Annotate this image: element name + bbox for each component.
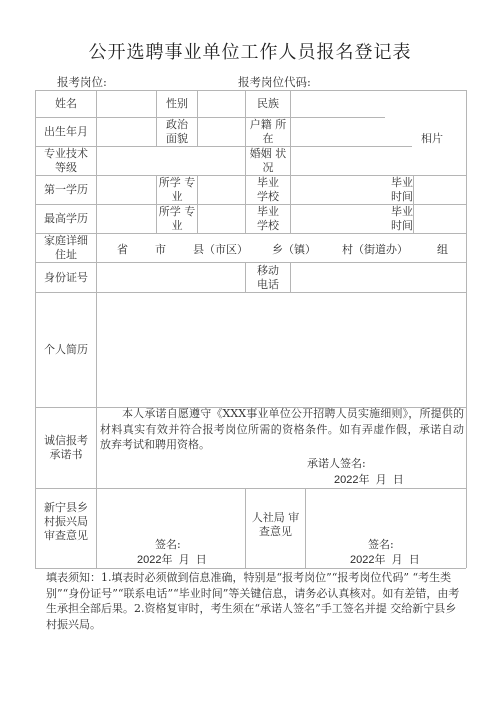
ethnicity-label: 民族 [246,91,290,117]
page-title: 公开选聘事业单位工作人员报名登记表 [0,38,500,64]
first-grad-time-field[interactable] [414,176,466,204]
address-village: 村（街道办） [342,241,408,257]
political-label: 政治 面貌 [157,118,197,146]
pledge-sign-label: 承诺人签名: [307,455,366,471]
school-label-line2: 学校 [257,190,279,204]
highest-major-field[interactable] [198,205,245,233]
review1-label-line3: 审查意见 [44,529,88,543]
highest-grad-time-label: 毕业 时间 [371,205,413,233]
mobile-label-line1: 移动 [257,264,279,278]
review2-label-line1: 人社局 审 [252,511,300,525]
address-label-line2: 住址 [55,248,77,262]
tech-level-field[interactable] [97,147,245,175]
name-label: 姓名 [36,91,96,117]
address-province: 省 [117,241,128,257]
marital-field[interactable] [291,147,466,175]
review1-label: 新宁县乡 村振兴局 审查意见 [36,489,96,555]
tech-label-line2: 等级 [55,161,77,175]
tech-label-line1: 专业技术 [44,147,88,161]
address-county: 县（市区） [193,241,248,257]
highest-edu-label: 最高学历 [36,205,96,233]
major-label-line1: 所学 专 [159,205,196,219]
name-field[interactable] [97,91,156,117]
school-label-line2: 学校 [257,219,279,233]
grad-time-label-line2: 时间 [391,190,413,204]
political-label-line1: 政治 [166,118,188,132]
hukou-label: 户籍 所 在 [246,118,290,146]
position-label: 报考岗位: [57,74,107,90]
hukou-field[interactable] [291,118,412,146]
grad-time-label-line1: 毕业 [391,205,413,219]
birth-field[interactable] [97,118,156,146]
mobile-label-line2: 电话 [257,278,279,292]
gender-field[interactable] [198,91,245,117]
major-label-line2: 业 [172,190,183,204]
table-border-bottom [35,568,466,569]
pledge-label: 诚信报考 承诺书 [36,408,96,488]
address-township: 乡（镇） [272,241,316,257]
mobile-field[interactable] [291,263,466,292]
review2-date: 2022年 月 日 [350,551,420,567]
first-grad-time-label: 毕业 时间 [371,176,413,204]
first-edu-field[interactable] [97,176,156,204]
table-border-right [466,90,467,568]
pledge-text: 本人承诺自愿遵守《XXX事业单位公开招聘人员实施细则》，所提供的材料真实有效并符… [100,406,464,453]
address-field[interactable]: 省 市 县（市区） 乡（镇） 村（街道办） 组 [97,234,466,262]
first-school-label: 毕业 学校 [246,176,290,204]
review2-label: 人社局 审 查意见 [246,505,305,545]
review1-sign-label: 签名: [155,536,181,552]
review1-date: 2022年 月 日 [137,551,207,567]
birth-label: 出生年月 [36,118,96,146]
pledge-date: 2022年 月 日 [334,471,404,487]
hukou-label-line1: 户籍 所 [250,118,287,132]
highest-school-field[interactable] [291,205,371,233]
grad-time-label-line2: 时间 [391,219,413,233]
position-code-label: 报考岗位代码: [238,74,311,90]
highest-school-label: 毕业 学校 [246,205,290,233]
id-label: 身份证号 [36,263,96,292]
resume-field[interactable] [97,293,466,407]
school-label-line1: 毕业 [257,205,279,219]
first-major-field[interactable] [198,176,245,204]
first-edu-label: 第一学历 [36,176,96,204]
marital-label-line2: 况 [263,161,274,175]
political-label-line2: 面貌 [166,132,188,146]
ethnicity-field[interactable] [291,91,385,117]
address-label-line1: 家庭详细 [44,234,88,248]
address-label: 家庭详细 住址 [36,234,96,262]
marital-label-line1: 婚姻 状 [250,147,287,161]
grad-time-label-line1: 毕业 [391,176,413,190]
pledge-label-line2: 承诺书 [50,448,83,462]
marital-label: 婚姻 状 况 [246,147,290,175]
political-field[interactable] [198,118,245,146]
highest-edu-field[interactable] [97,205,156,233]
review1-label-line1: 新宁县乡 [44,501,88,515]
id-field[interactable] [97,263,245,292]
highest-grad-time-field[interactable] [414,205,466,233]
resume-label: 个人简历 [36,293,96,407]
pledge-label-line1: 诚信报考 [44,434,88,448]
address-group: 组 [437,241,448,257]
review1-label-line2: 村振兴局 [44,515,88,529]
highest-major-label: 所学 专 业 [157,205,197,233]
tech-level-label: 专业技术 等级 [36,147,96,175]
first-school-field[interactable] [291,176,371,204]
first-major-label: 所学 专 业 [157,176,197,204]
major-label-line2: 业 [172,219,183,233]
address-city: 市 [155,241,166,257]
school-label-line1: 毕业 [257,176,279,190]
hukou-label-line2: 在 [263,132,274,146]
mobile-label: 移动 电话 [246,263,290,292]
review2-sign-label: 签名: [368,536,394,552]
filling-instructions: 填表须知：1.填表时必须做到信息准确，特别是“报考岗位”“报考岗位代码” “考生… [46,570,464,632]
major-label-line1: 所学 专 [159,176,196,190]
review2-label-line2: 查意见 [259,525,292,539]
gender-label: 性别 [157,91,197,117]
